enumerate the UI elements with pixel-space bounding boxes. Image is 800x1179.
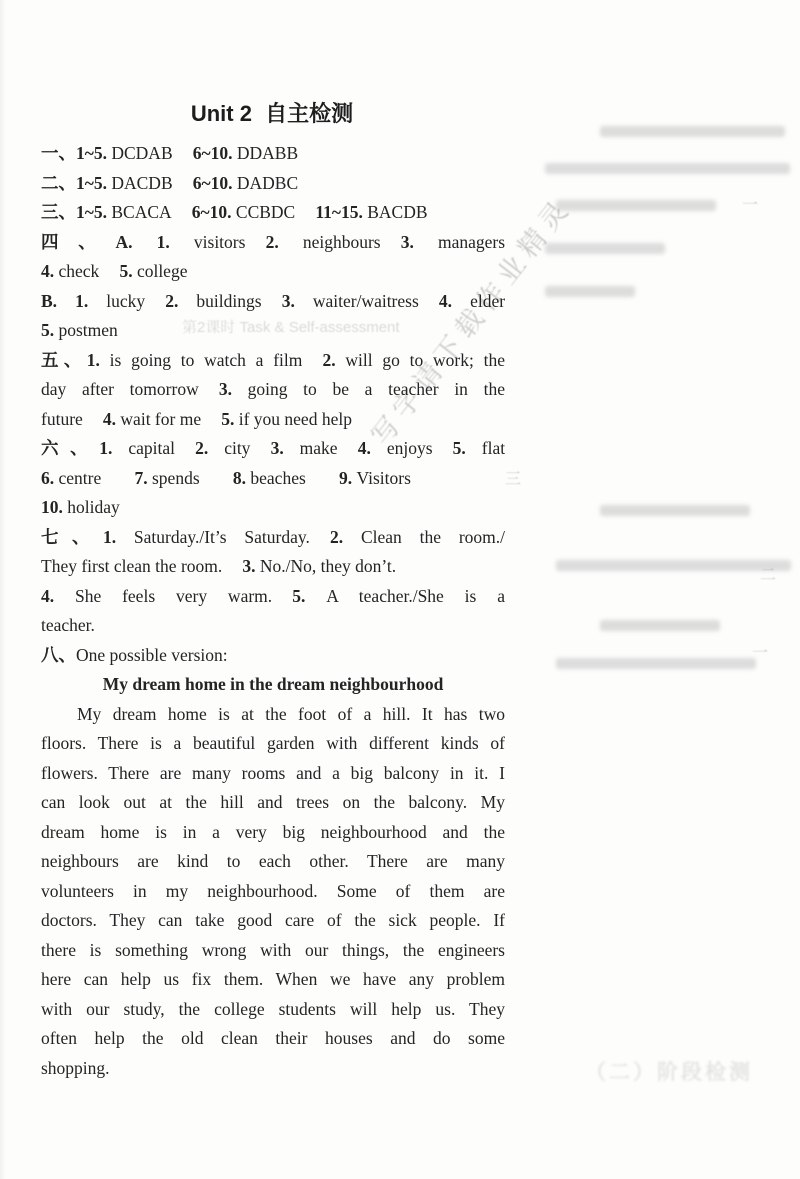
text-line: 10. holiday xyxy=(41,493,505,523)
text-segment: doctors. They can take good care of the … xyxy=(41,910,505,930)
text-segment: DDABB xyxy=(237,143,298,163)
text-segment: Saturday./It’s Saturday. xyxy=(134,527,310,547)
text-segment: 3. xyxy=(401,232,438,252)
bleed-through-smudge xyxy=(600,505,750,516)
text-segment: 4. xyxy=(41,586,75,606)
text-segment: here can help us fix them. When we have … xyxy=(41,969,505,989)
text-segment: postmen xyxy=(59,320,118,340)
text-segment: make xyxy=(300,438,338,458)
text-segment: 三、 xyxy=(41,202,76,222)
text-segment: if you need help xyxy=(239,409,352,429)
text-line: can look out at the hill and trees on th… xyxy=(41,788,505,818)
text-segment: beaches xyxy=(250,468,305,488)
text-segment: visitors xyxy=(194,232,246,252)
text-line: 一、1~5. DCDAB6~10. DDABB xyxy=(41,139,505,169)
text-segment: flat xyxy=(482,438,505,458)
text-segment: neighbours xyxy=(303,232,381,252)
text-segment: 6~10. xyxy=(193,143,237,163)
text-line: 二、1~5. DACDB6~10. DADBC xyxy=(41,169,505,199)
text-segment: One possible version: xyxy=(76,645,228,665)
bleed-through-smudge xyxy=(556,560,791,571)
scanned-answer-page: 写字请下载作业精灵 第2课时 Task & Self-assessment （二… xyxy=(0,0,800,1179)
text-segment: 1~5. xyxy=(76,143,111,163)
text-line: teacher. xyxy=(41,611,505,641)
text-segment: 8. xyxy=(233,468,251,488)
text-segment: elder xyxy=(470,291,505,311)
text-line: shopping. xyxy=(41,1054,505,1084)
text-segment: Visitors xyxy=(357,468,411,488)
text-segment: 6. xyxy=(41,468,59,488)
text-segment: future xyxy=(41,409,83,429)
bleed-through-smudge xyxy=(600,620,720,631)
text-segment: 1. xyxy=(157,232,194,252)
text-segment: 1~5. xyxy=(76,202,111,222)
text-segment: 5. xyxy=(292,586,326,606)
text-segment: 1~5. xyxy=(76,173,111,193)
text-segment: 4. xyxy=(358,438,387,458)
page-title-unit: Unit 2 xyxy=(191,101,252,126)
text-segment: 八、 xyxy=(41,645,76,665)
text-segment: 5. xyxy=(119,261,137,281)
text-segment: 一、 xyxy=(41,143,76,163)
text-segment: A. xyxy=(116,232,157,252)
text-segment: volunteers in my neighbourhood. Some of … xyxy=(41,881,505,901)
text-line: future4. wait for me5. if you need help xyxy=(41,405,505,435)
text-segment: capital xyxy=(128,438,175,458)
text-segment: often help the old clean their houses an… xyxy=(41,1028,505,1048)
text-segment: 3. xyxy=(242,556,260,576)
text-segment: 5. xyxy=(453,438,482,458)
text-segment: DACDB xyxy=(111,173,172,193)
text-segment: 1. xyxy=(103,527,134,547)
text-line: there is something wrong with our things… xyxy=(41,936,505,966)
text-line: 七、1. Saturday./It’s Saturday.2. Clean th… xyxy=(41,523,505,553)
page-title-cn: 自主检测 xyxy=(265,101,353,126)
text-segment: 2. xyxy=(165,291,196,311)
text-segment: No./No, they don’t. xyxy=(260,556,396,576)
ghost-margin-mark: 三 xyxy=(505,466,521,489)
text-segment: 11~15. xyxy=(315,202,367,222)
text-segment: BCACA xyxy=(111,202,171,222)
text-segment: spends xyxy=(152,468,200,488)
text-segment: BACDB xyxy=(367,202,427,222)
text-line: 五、1. is going to watch a film2. will go … xyxy=(41,346,505,376)
text-segment: A teacher./She is a xyxy=(326,586,505,606)
text-segment: buildings xyxy=(196,291,261,311)
text-segment: 1. xyxy=(99,438,128,458)
text-line: 四、A. 1. visitors2. neighbours3. managers xyxy=(41,228,505,258)
bleed-through-smudge xyxy=(556,658,756,669)
text-line: neighbours are kind to each other. There… xyxy=(41,847,505,877)
page-title: Unit 2自主检测 xyxy=(40,97,504,128)
text-segment: 4. xyxy=(41,261,59,281)
text-segment: My dream home is at the foot of a hill. … xyxy=(77,704,505,724)
text-segment: DADBC xyxy=(237,173,298,193)
text-segment: 七、 xyxy=(41,527,103,547)
text-line: They first clean the room.3. No./No, the… xyxy=(41,552,505,582)
text-line: flowers. There are many rooms and a big … xyxy=(41,759,505,789)
text-segment: with our study, the college students wil… xyxy=(41,999,505,1019)
bleed-through-smudge xyxy=(600,126,785,137)
text-segment: 2. xyxy=(195,438,224,458)
text-segment: neighbours are kind to each other. There… xyxy=(41,851,505,871)
text-segment: 4. xyxy=(103,409,121,429)
text-segment: 二、 xyxy=(41,173,76,193)
bleed-through-smudge xyxy=(545,163,790,174)
text-segment: 3. xyxy=(219,379,248,399)
text-line: 六、1. capital2. city3. make4. enjoys5. fl… xyxy=(41,434,505,464)
text-segment: 9. xyxy=(339,468,357,488)
text-segment: shopping. xyxy=(41,1058,110,1078)
text-segment: can look out at the hill and trees on th… xyxy=(41,792,505,812)
text-line: dream home is in a very big neighbourhoo… xyxy=(41,818,505,848)
text-line: 5. postmen xyxy=(41,316,505,346)
text-segment: enjoys xyxy=(387,438,433,458)
text-segment: 3. xyxy=(282,291,313,311)
text-segment: managers xyxy=(438,232,505,252)
text-segment: 10. xyxy=(41,497,67,517)
ghost-text-stage: （二）阶段检测 xyxy=(585,1056,753,1086)
text-segment: waiter/waitress xyxy=(313,291,419,311)
text-line: 6. centre7. spends8. beaches9. Visitors xyxy=(41,464,505,494)
ghost-margin-mark: 一 xyxy=(742,192,758,215)
text-line: often help the old clean their houses an… xyxy=(41,1024,505,1054)
text-line: with our study, the college students wil… xyxy=(41,995,505,1025)
text-segment: 五、 xyxy=(41,350,87,370)
text-segment: 六、 xyxy=(41,438,99,458)
text-line: 三、1~5. BCACA6~10. CCBDC11~15. BACDB xyxy=(41,198,505,228)
text-segment: lucky xyxy=(106,291,145,311)
ghost-margin-mark: 一 xyxy=(752,640,768,663)
ghost-margin-mark: 二 xyxy=(760,562,776,585)
text-segment: holiday xyxy=(67,497,120,517)
text-segment: centre xyxy=(59,468,102,488)
text-segment: Clean the room./ xyxy=(361,527,505,547)
text-line: 4. check5. college xyxy=(41,257,505,287)
bleed-through-smudge xyxy=(545,243,665,254)
text-segment: wait for me xyxy=(120,409,201,429)
text-segment: 5. xyxy=(41,320,59,340)
text-segment: B. xyxy=(41,291,75,311)
text-segment: 7. xyxy=(135,468,153,488)
text-segment: day after tomorrow xyxy=(41,379,199,399)
text-segment: 5. xyxy=(221,409,239,429)
text-segment: CCBDC xyxy=(236,202,295,222)
text-segment: city xyxy=(224,438,250,458)
text-segment: 6~10. xyxy=(193,173,237,193)
text-segment: there is something wrong with our things… xyxy=(41,940,505,960)
text-segment: check xyxy=(59,261,100,281)
text-line: volunteers in my neighbourhood. Some of … xyxy=(41,877,505,907)
text-segment: teacher. xyxy=(41,615,95,635)
text-segment: They first clean the room. xyxy=(41,556,222,576)
text-segment: 4. xyxy=(439,291,470,311)
text-line: B. 1. lucky2. buildings3. waiter/waitres… xyxy=(41,287,505,317)
text-segment: will go to work; the xyxy=(345,350,505,370)
text-segment: dream home is in a very big neighbourhoo… xyxy=(41,822,505,842)
text-line: 八、One possible version: xyxy=(41,641,505,671)
text-segment: 3. xyxy=(271,438,300,458)
text-segment: 2. xyxy=(330,527,361,547)
text-segment: 2. xyxy=(266,232,303,252)
text-segment: My dream home in the dream neighbourhood xyxy=(103,674,444,694)
text-segment: 四、 xyxy=(41,232,116,252)
text-segment: 6~10. xyxy=(192,202,236,222)
text-segment: 2. xyxy=(323,350,346,370)
text-segment: going to be a teacher in the xyxy=(248,379,505,399)
text-line: My dream home is at the foot of a hill. … xyxy=(41,700,505,730)
text-segment: flowers. There are many rooms and a big … xyxy=(41,763,505,783)
text-line: doctors. They can take good care of the … xyxy=(41,906,505,936)
text-segment: 1. xyxy=(75,291,106,311)
text-segment: floors. There is a beautiful garden with… xyxy=(41,733,505,753)
essay-heading: My dream home in the dream neighbourhood xyxy=(41,670,505,700)
text-segment: college xyxy=(137,261,188,281)
text-segment: is going to watch a film xyxy=(110,350,303,370)
text-line: day after tomorrow3. going to be a teach… xyxy=(41,375,505,405)
bleed-through-smudge xyxy=(545,286,635,297)
bleed-through-smudge xyxy=(556,200,716,211)
scan-edge-shadow xyxy=(0,0,6,1179)
text-segment: DCDAB xyxy=(111,143,172,163)
text-segment: 1. xyxy=(87,350,110,370)
text-segment: She feels very warm. xyxy=(75,586,272,606)
text-line: floors. There is a beautiful garden with… xyxy=(41,729,505,759)
text-line: 4. She feels very warm.5. A teacher./She… xyxy=(41,582,505,612)
text-line: here can help us fix them. When we have … xyxy=(41,965,505,995)
answer-key-body: 一、1~5. DCDAB6~10. DDABB二、1~5. DACDB6~10.… xyxy=(41,139,505,1083)
